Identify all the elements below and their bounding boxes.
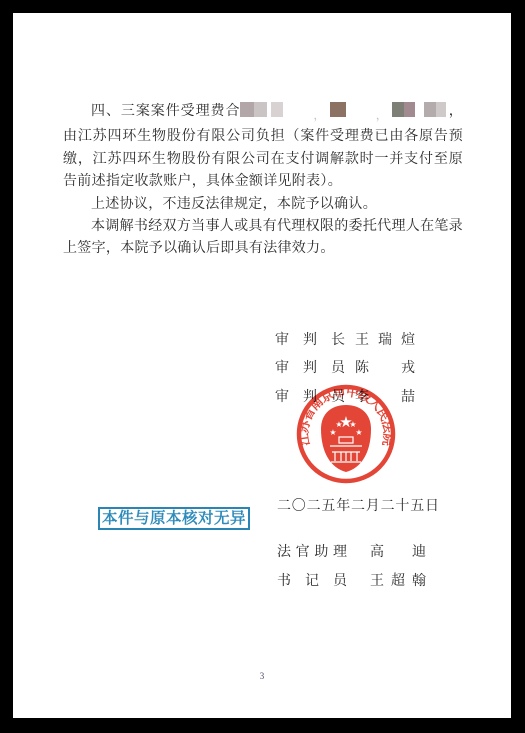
redaction-block: ， [285,104,325,126]
clerks-block: 法官助理 高迪 书记员 王超翰 [277,541,426,599]
national-emblem-icon: ★ ★ ★ ★ ★ [321,405,371,472]
svg-text:★: ★ [335,420,342,429]
redaction-block [436,102,446,117]
svg-text:★: ★ [355,428,362,437]
screenshot-root: { "page": { "number": "3", "background":… [0,0,525,733]
verification-stamp: 本件与原本核对无异 [98,507,250,530]
redaction-block [330,102,346,117]
redaction-block [254,102,267,117]
redaction-block [271,102,283,117]
document-page: 四、三案案件受理费合，，，由江苏四环生物股份有限公司负担（案件受理费已由各原告预… [13,13,511,718]
clerk-row-2: 书记员 王超翰 [277,570,426,590]
body-text: 四、三案案件受理费合，，，由江苏四环生物股份有限公司负担（案件受理费已由各原告预… [63,101,463,261]
paragraph-fee-prefix: 四、三案案件受理费合 [91,104,240,119]
judge-row-1: 审判长 王瑞煊 [275,329,415,349]
redacted-amounts: ，， [240,104,448,119]
clerk-name: 王超翰 [370,570,426,590]
judge-title: 审判员 [275,357,345,377]
judge-row-2: 审判员 陈戎 [275,357,415,377]
redaction-block: ， [348,104,388,126]
clerk-title: 书记员 [277,570,347,590]
redaction-block [404,102,415,117]
paragraph-fee: 四、三案案件受理费合，，，由江苏四环生物股份有限公司负担（案件受理费已由各原告预… [63,101,463,194]
clerk-name: 高迪 [370,541,426,561]
court-seal-icon: 江苏省南京市中级人民法院 ★ ★ ★ ★ ★ [294,382,398,486]
redaction-block [392,102,404,117]
clerk-row-1: 法官助理 高迪 [277,541,426,561]
clerk-title: 法官助理 [277,541,347,561]
redaction-block [240,102,254,117]
judge-title: 审判长 [275,329,345,349]
page-number: 3 [13,671,511,681]
judge-name: 王瑞煊 [355,329,415,349]
redaction-block [424,102,436,117]
judge-name: 陈戎 [355,357,415,377]
paragraph-confirmation: 上述协议，不违反法律规定，本院予以确认。 [63,194,463,216]
paragraph-legal-effect: 本调解书经双方当事人或具有代理权限的委托代理人在笔录上签字，本院予以确认后即具有… [63,216,463,261]
date-line: 二〇二五年二月二十五日 [277,495,440,515]
svg-text:★: ★ [329,428,336,437]
